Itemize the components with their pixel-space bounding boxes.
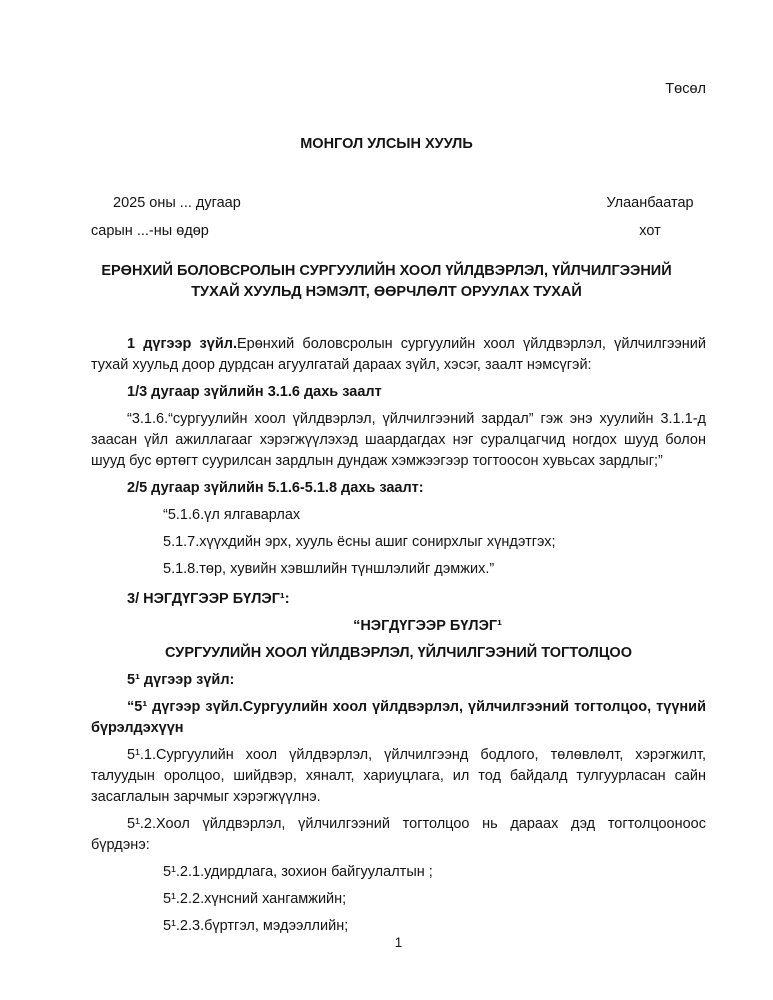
amendment-2-heading: 2/5 дугаар зүйлийн 5.1.6-5.1.8 дахь заал… bbox=[91, 478, 706, 499]
amendment-2-item: 5.1.8.төр, хувийн хэвшлийн түншлэлийг дэ… bbox=[163, 559, 706, 580]
law-title-line-2: ТУХАЙ ХУУЛЬД НЭМЭЛТ, ӨӨРЧЛӨЛТ ОРУУЛАХ ТУ… bbox=[0, 282, 773, 303]
amendment-1-heading: 1/3 дугаар зүйлийн 3.1.6 дахь заалт bbox=[91, 382, 706, 403]
page-number: 1 bbox=[91, 935, 706, 950]
amendment-2-item: “5.1.6.үл ялгаварлах bbox=[163, 505, 706, 526]
project-label: Төсөл bbox=[665, 81, 706, 97]
city-word: хот bbox=[560, 217, 740, 245]
amendment-3-heading: 3/ НЭГДҮГЭЭР БҮЛЭГ¹: bbox=[91, 589, 706, 610]
article-51-title: “5¹ дүгээр зүйл.Сургуулийн хоол үйлдвэрл… bbox=[91, 697, 706, 739]
law-title-line-1: ЕРӨНХИЙ БОЛОВСРОЛЫН СУРГУУЛИЙН ХООЛ ҮЙЛД… bbox=[0, 261, 773, 282]
clause-51-2-item: 5¹.2.2.хүнсний хангамжийн; bbox=[163, 889, 706, 910]
clause-51-2: 5¹.2.Хоол үйлдвэрлэл, үйлчилгээний тогто… bbox=[91, 814, 706, 856]
law-header: МОНГОЛ УЛСЫН ХУУЛЬ bbox=[0, 136, 773, 152]
clause-51-1: 5¹.1.Сургуулийн хоол үйлдвэрлэл, үйлчилг… bbox=[91, 745, 706, 808]
chapter-quote-title: “НЭГДҮГЭЭР БҮЛЭГ¹ bbox=[91, 616, 706, 637]
date-year-line: 2025 оны ... дугаар bbox=[91, 189, 241, 217]
law-title: ЕРӨНХИЙ БОЛОВСРОЛЫН СУРГУУЛИЙН ХООЛ ҮЙЛД… bbox=[0, 261, 773, 302]
clause-51-2-item: 5¹.2.1.удирдлага, зохион байгуулалтын ; bbox=[163, 862, 706, 883]
amendment-2-item: 5.1.7.хүүхдийн эрх, хууль ёсны ашиг сони… bbox=[163, 532, 706, 553]
city-name: Улаанбаатар bbox=[560, 189, 740, 217]
date-block-left: 2025 оны ... дугаар сарын ...-ны өдөр bbox=[91, 189, 241, 245]
date-block-right: Улаанбаатар хот bbox=[560, 189, 740, 245]
article-1-lead: 1 дүгээр зүйл. bbox=[127, 336, 237, 352]
document-page: Төсөл МОНГОЛ УЛСЫН ХУУЛЬ 2025 оны ... ду… bbox=[0, 0, 773, 1000]
document-body: 1 дүгээр зүйл.Ерөнхий боловсролын сургуу… bbox=[91, 334, 706, 943]
amendment-1-text: “3.1.6.“сургуулийн хоол үйлдвэрлэл, үйлч… bbox=[91, 409, 706, 472]
article-51-label: 5¹ дүгээр зүйл: bbox=[91, 670, 706, 691]
chapter-subtitle: СУРГУУЛИЙН ХООЛ ҮЙЛДВЭРЛЭЛ, ҮЙЛЧИЛГЭЭНИЙ… bbox=[91, 643, 706, 664]
clause-51-2-item: 5¹.2.3.бүртгэл, мэдээллийн; bbox=[163, 916, 706, 937]
article-1-paragraph: 1 дүгээр зүйл.Ерөнхий боловсролын сургуу… bbox=[91, 334, 706, 376]
date-day-line: сарын ...-ны өдөр bbox=[91, 217, 241, 245]
